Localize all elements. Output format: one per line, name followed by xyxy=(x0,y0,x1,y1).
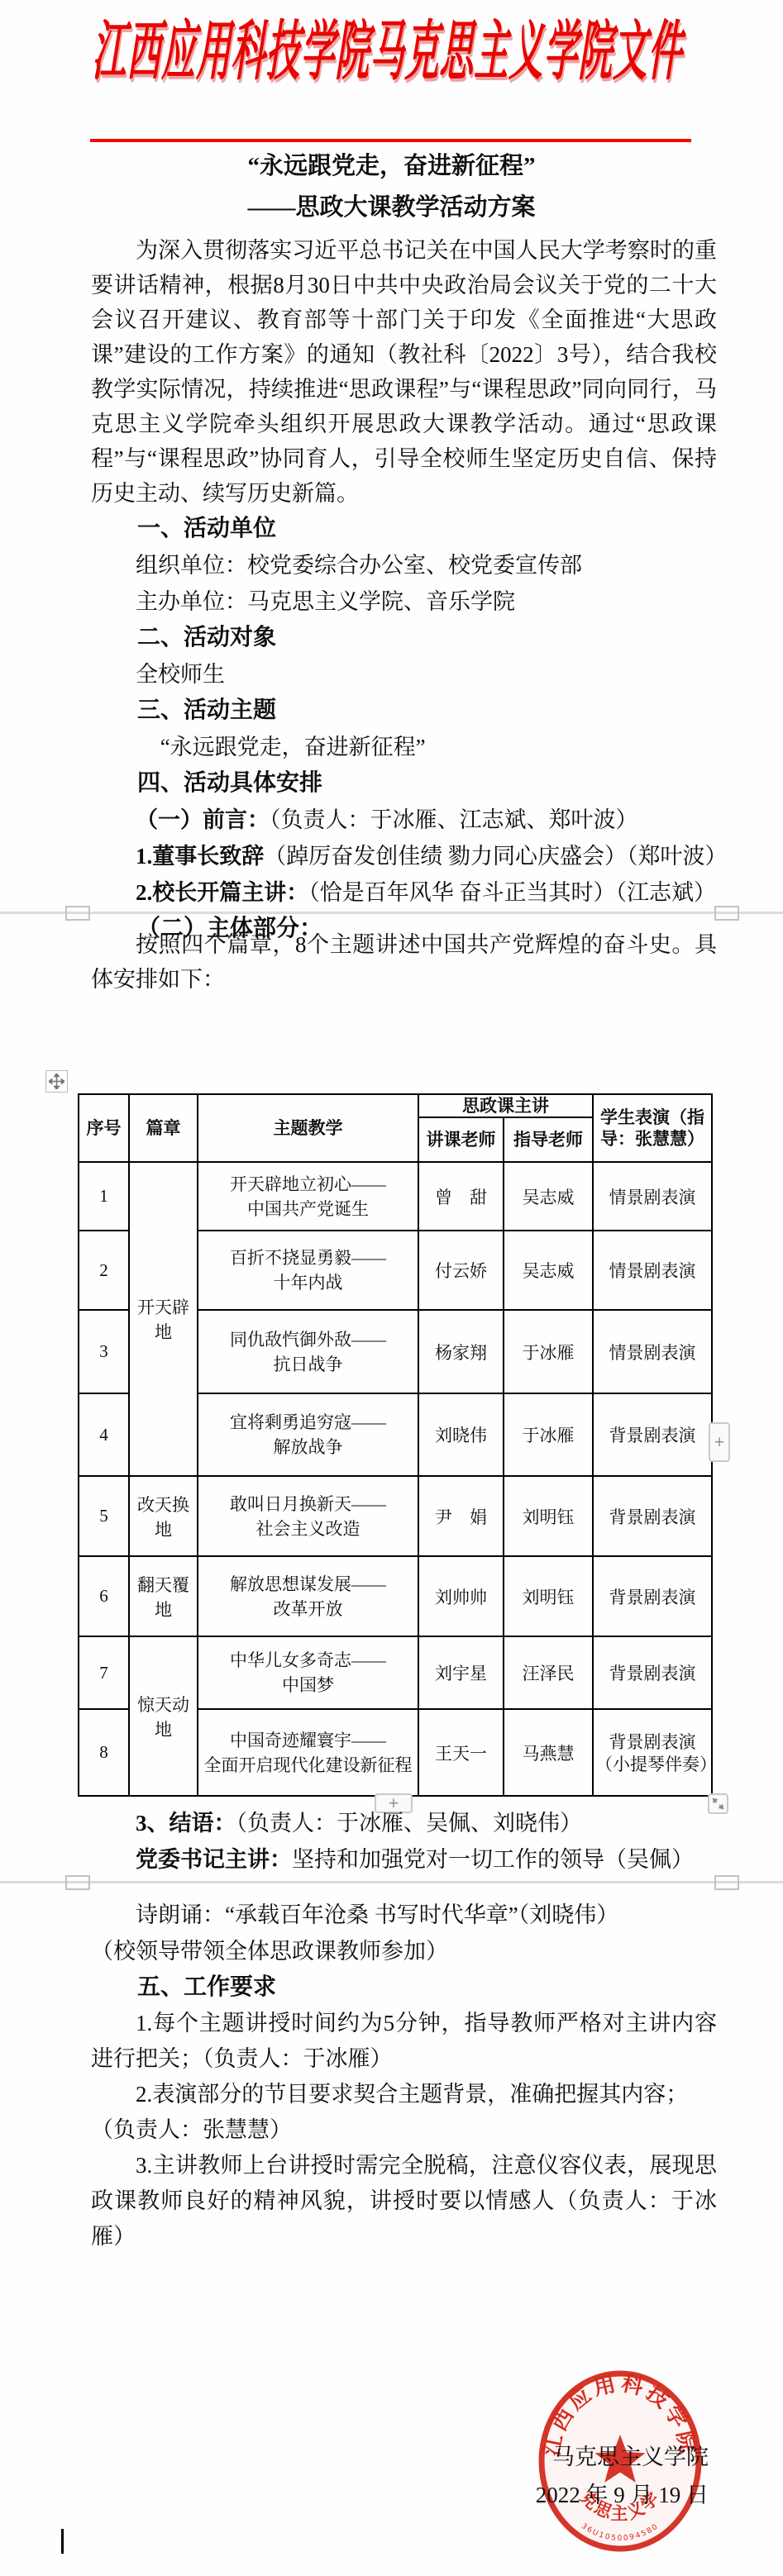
topic-line2: 中国梦 xyxy=(200,1673,416,1697)
topic-line2: 社会主义改造 xyxy=(200,1517,416,1541)
schedule-table-container: 序号 篇章 主题教学 思政课主讲 学生表演（指导：张慧慧） 讲课老师 指导老师 … xyxy=(78,1093,711,1797)
table-header-row-1: 序号 篇章 主题教学 思政课主讲 学生表演（指导：张慧慧） xyxy=(79,1094,712,1117)
cell-lecturer: 刘宇星 xyxy=(418,1636,504,1709)
topic-line1: 敢叫日月换新天—— xyxy=(200,1492,416,1517)
intro-paragraph: 为深入贯彻落实习近平总书记关在中国人民大学考察时的重要讲话精神，根据8月30日中… xyxy=(91,233,717,511)
chapters-paragraph: 按照四个篇章，8个主题讲述中国共产党辉煌的奋斗史。具体安排如下： xyxy=(91,927,717,997)
cell-no: 8 xyxy=(79,1709,129,1796)
cell-lecturer: 刘帅帅 xyxy=(418,1556,504,1636)
topic-line1: 中华儿女多奇志—— xyxy=(200,1648,416,1673)
cell-no: 2 xyxy=(79,1231,129,1310)
col-header-performance: 学生表演（指导：张慧慧） xyxy=(593,1094,712,1162)
audience-line: 全校师生 xyxy=(91,656,717,693)
schedule-table: 序号 篇章 主题教学 思政课主讲 学生表演（指导：张慧慧） 讲课老师 指导老师 … xyxy=(78,1093,713,1797)
secretary-detail: 坚持和加强党对一切工作的领导（吴佩） xyxy=(292,1847,694,1872)
section1-heading: 一、活动单位 xyxy=(91,511,717,547)
cell-advisor: 刘明钰 xyxy=(504,1556,593,1636)
cell-lecturer: 杨家翔 xyxy=(418,1310,504,1393)
table-row: 5 改天换地 敢叫日月换新天——社会主义改造 尹 娟 刘明钰 背景剧表演 xyxy=(79,1476,712,1556)
cell-chapter: 翻天覆地 xyxy=(129,1556,198,1636)
requirement-1: 1.每个主题讲授时间约为5分钟，指导教师严格对主讲内容进行把关；（负责人：于冰雁… xyxy=(91,2006,717,2077)
topic-line1: 同仇敌忾御外敌—— xyxy=(200,1327,416,1352)
topic-line2: 解放战争 xyxy=(200,1435,416,1459)
cell-advisor: 于冰雁 xyxy=(504,1393,593,1476)
body-page3: 诗朗诵：“承载百年沧桑 书写时代华章”（刘晓伟） （校领导带领全体思政课教师参加… xyxy=(91,1897,717,2255)
chairman-speech-detail: （踔厉奋发创佳绩 勠力同心庆盛会）（郑叶波） xyxy=(264,844,727,869)
chairman-speech-label: 1.董事长致辞 xyxy=(136,844,264,869)
cell-performance: 背景剧表演 xyxy=(593,1393,712,1476)
col-header-no: 序号 xyxy=(79,1094,129,1162)
cell-lecturer: 刘晓伟 xyxy=(418,1393,504,1476)
theme-line: “永远跟党走，奋进新征程” xyxy=(91,729,717,765)
document-page: 江西应用科技学院马克思主义学院文件 “永远跟党走，奋进新征程” ——思政大课教学… xyxy=(0,0,783,2576)
signature-block: 马克思主义学院 2022 年 9 月 19 日 xyxy=(536,2438,709,2514)
cell-topic: 百折不挠显勇毅——十年内战 xyxy=(198,1231,418,1310)
cell-performance: 情景剧表演 xyxy=(593,1162,712,1231)
cell-lecturer: 曾 甜 xyxy=(418,1162,504,1231)
cell-no: 6 xyxy=(79,1556,129,1636)
margin-mark-right xyxy=(714,1875,739,1890)
cell-chapter: 开天辟地 xyxy=(129,1162,198,1476)
section5-heading: 五、工作要求 xyxy=(91,1969,717,2006)
table-row: 6 翻天覆地 解放思想谋发展——改革开放 刘帅帅 刘明钰 背景剧表演 xyxy=(79,1556,712,1636)
page-break-line xyxy=(0,912,783,914)
secretary-label: 党委书记主讲： xyxy=(136,1847,292,1872)
col-header-topic: 主题教学 xyxy=(198,1094,418,1162)
col-header-advisor: 指导老师 xyxy=(504,1117,593,1162)
cell-chapter: 改天换地 xyxy=(129,1476,198,1556)
margin-mark-left xyxy=(65,906,90,921)
topic-line2: 全面开启现代化建设新征程 xyxy=(200,1753,416,1778)
cell-topic: 中华儿女多奇志——中国梦 xyxy=(198,1636,418,1709)
cell-performance: 情景剧表演 xyxy=(593,1231,712,1310)
cell-performance: 背景剧表演 xyxy=(593,1476,712,1556)
preface-detail: （负责人：于冰雁、江志斌、郑叶波） xyxy=(270,807,638,832)
cell-topic: 宜将剩勇追穷寇——解放战争 xyxy=(198,1393,418,1476)
topic-line1: 百折不挠显勇毅—— xyxy=(200,1245,416,1270)
topic-line1: 解放思想谋发展—— xyxy=(200,1572,416,1597)
cell-no: 4 xyxy=(79,1393,129,1476)
cell-no: 3 xyxy=(79,1310,129,1393)
margin-mark-left xyxy=(65,1875,90,1890)
cell-performance: 背景剧表演 xyxy=(593,1556,712,1636)
topic-line2: 改革开放 xyxy=(200,1597,416,1621)
conclusion-line: 3、结语：（负责人：于冰雁、吴佩、刘晓伟） xyxy=(91,1805,717,1841)
cell-advisor: 吴志威 xyxy=(504,1162,593,1231)
topic-line2: 抗日战争 xyxy=(200,1352,416,1377)
cell-performance: 情景剧表演 xyxy=(593,1310,712,1393)
body-page2-lead: 按照四个篇章，8个主题讲述中国共产党辉煌的奋斗史。具体安排如下： xyxy=(91,927,717,997)
topic-line1: 中国奇迹耀寰宇—— xyxy=(200,1728,416,1753)
plus-icon: + xyxy=(714,1436,725,1450)
preface-line: （一）前言：（负责人：于冰雁、江志斌、郑叶波） xyxy=(91,802,717,838)
section4-heading: 四、活动具体安排 xyxy=(91,765,717,802)
doc-title: “永远跟党走，奋进新征程” xyxy=(0,147,783,181)
col-header-lecturer: 讲课老师 xyxy=(418,1117,504,1162)
letterhead-title: 江西应用科技学院马克思主义学院文件 xyxy=(0,0,783,93)
conclusion-label: 3、结语： xyxy=(136,1811,236,1836)
add-column-button[interactable]: + xyxy=(709,1422,730,1462)
cell-chapter: 惊天动地 xyxy=(129,1636,198,1796)
cell-topic: 中国奇迹耀寰宇——全面开启现代化建设新征程 xyxy=(198,1709,418,1796)
cell-advisor: 于冰雁 xyxy=(504,1310,593,1393)
body-page2-end: 3、结语：（负责人：于冰雁、吴佩、刘晓伟） 党委书记主讲：坚持和加强党对一切工作… xyxy=(91,1805,717,1878)
topic-line1: 宜将剩勇追穷寇—— xyxy=(200,1410,416,1435)
topic-line2: 十年内战 xyxy=(200,1270,416,1295)
host-line: 主办单位：马克思主义学院、音乐学院 xyxy=(91,583,717,620)
leaders-line: （校领导带领全体思政课教师参加） xyxy=(91,1933,717,1969)
section3-heading: 三、活动主题 xyxy=(91,693,717,729)
cell-topic: 开天辟地立初心——中国共产党诞生 xyxy=(198,1162,418,1231)
cell-no: 7 xyxy=(79,1636,129,1709)
performance-line1: 背景剧表演 xyxy=(609,1732,696,1752)
poem-line: 诗朗诵：“承载百年沧桑 书写时代华章”（刘晓伟） xyxy=(91,1897,717,1933)
president-speech-line: 2.校长开篇主讲：（恰是百年风华 奋斗正当其时）（江志斌） xyxy=(91,874,717,911)
cell-performance: 背景剧表演 xyxy=(593,1636,712,1709)
topic-line1: 开天辟地立初心—— xyxy=(200,1172,416,1197)
move-arrows-icon xyxy=(49,1074,64,1089)
cell-performance: 背景剧表演（小提琴伴奏） xyxy=(593,1709,712,1796)
table-move-handle[interactable] xyxy=(45,1070,68,1093)
text-cursor[interactable] xyxy=(61,2529,64,2554)
section2-heading: 二、活动对象 xyxy=(91,620,717,656)
president-speech-label: 2.校长开篇主讲： xyxy=(136,880,308,905)
chairman-speech-line: 1.董事长致辞（踔厉奋发创佳绩 勠力同心庆盛会）（郑叶波） xyxy=(91,838,717,874)
cell-no: 5 xyxy=(79,1476,129,1556)
margin-mark-right xyxy=(714,906,739,921)
col-header-chapter: 篇章 xyxy=(129,1094,198,1162)
cell-no: 1 xyxy=(79,1162,129,1231)
page-break-line xyxy=(0,1881,783,1883)
secretary-line: 党委书记主讲：坚持和加强党对一切工作的领导（吴佩） xyxy=(91,1841,717,1878)
requirement-2: 2.表演部分的节目要求契合主题背景，准确把握其内容； xyxy=(91,2077,717,2112)
table-row: 1 开天辟地 开天辟地立初心——中国共产党诞生 曾 甜 吴志威 情景剧表演 xyxy=(79,1162,712,1231)
president-speech-detail: （恰是百年风华 奋斗正当其时）（江志斌） xyxy=(308,880,716,905)
cell-advisor: 吴志威 xyxy=(504,1231,593,1310)
cell-lecturer: 王天一 xyxy=(418,1709,504,1796)
signature-dept: 马克思主义学院 xyxy=(536,2438,709,2476)
preface-label: （一）前言： xyxy=(136,807,270,832)
letterhead-divider xyxy=(90,139,691,142)
cell-advisor: 刘明钰 xyxy=(504,1476,593,1556)
topic-line2: 中国共产党诞生 xyxy=(200,1197,416,1221)
cell-topic: 同仇敌忾御外敌——抗日战争 xyxy=(198,1310,418,1393)
performance-line2: （小提琴伴奏） xyxy=(595,1754,709,1776)
cell-topic: 敢叫日月换新天——社会主义改造 xyxy=(198,1476,418,1556)
body-page1: 为深入贯彻落实习近平总书记关在中国人民大学考察时的重要讲话精神，根据8月30日中… xyxy=(91,233,717,947)
cell-lecturer: 付云娇 xyxy=(418,1231,504,1310)
signature-date: 2022 年 9 月 19 日 xyxy=(536,2476,709,2514)
col-header-main-lecture: 思政课主讲 xyxy=(418,1094,593,1117)
cell-advisor: 马燕慧 xyxy=(504,1709,593,1796)
requirement-2b: （负责人：张慧慧） xyxy=(91,2112,717,2148)
organizer-line: 组织单位：校党委综合办公室、校党委宣传部 xyxy=(91,547,717,583)
requirement-3: 3.主讲教师上台讲授时需完全脱稿，注意仪容仪表，展现思政课教师良好的精神风貌，讲… xyxy=(91,2148,717,2255)
cell-advisor: 汪泽民 xyxy=(504,1636,593,1709)
cell-lecturer: 尹 娟 xyxy=(418,1476,504,1556)
table-row: 7 惊天动地 中华儿女多奇志——中国梦 刘宇星 汪泽民 背景剧表演 xyxy=(79,1636,712,1709)
cell-topic: 解放思想谋发展——改革开放 xyxy=(198,1556,418,1636)
doc-subtitle: ——思政大课教学活动方案 xyxy=(0,188,783,222)
conclusion-detail: （负责人：于冰雁、吴佩、刘晓伟） xyxy=(236,1811,583,1836)
